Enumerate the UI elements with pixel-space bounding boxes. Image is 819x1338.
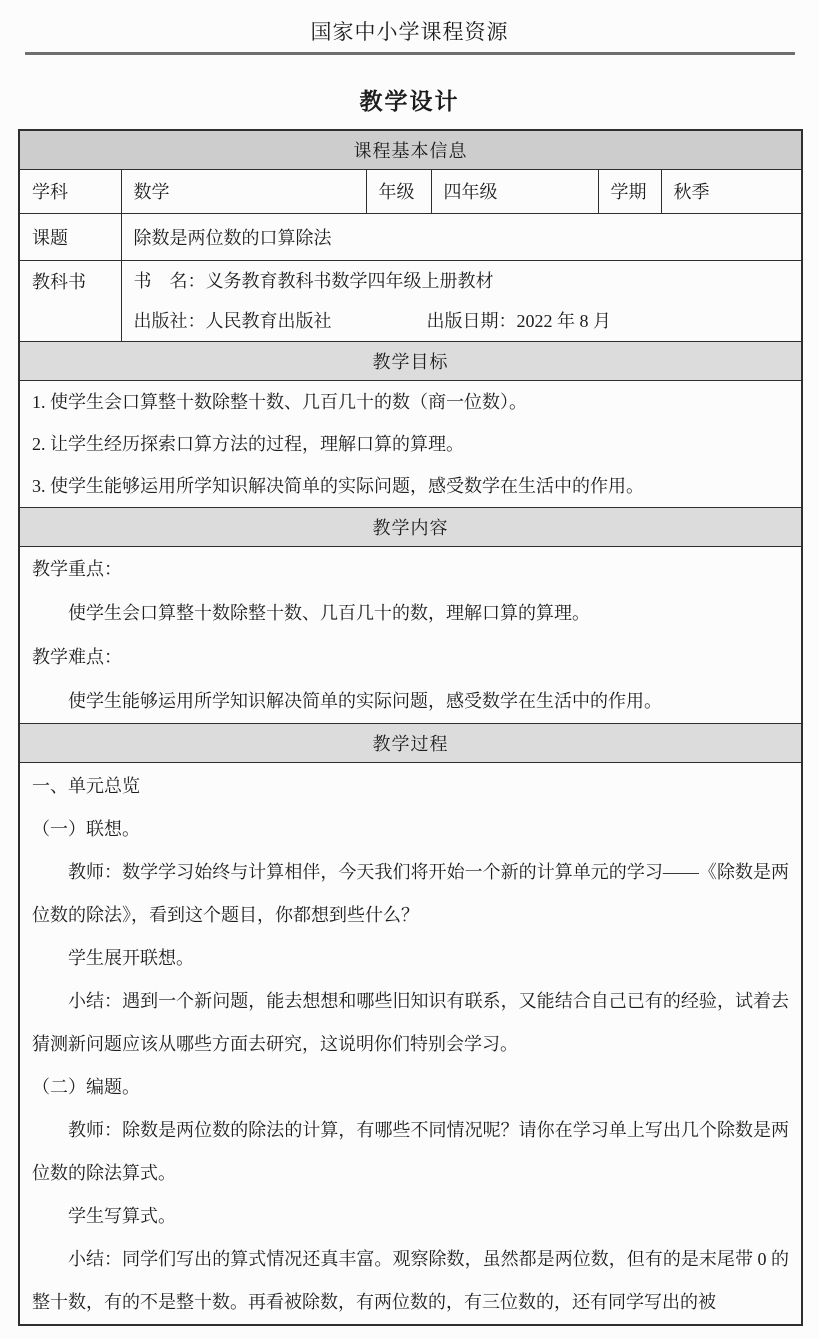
subject-label: 学科 xyxy=(19,169,121,213)
grade-value: 四年级 xyxy=(431,169,598,213)
textbook-name-line: 书 名：义务教育教科书数学四年级上册教材 xyxy=(134,261,790,301)
row-textbook: 教科书 书 名：义务教育教科书数学四年级上册教材 出版社：人民教育出版社出版日期… xyxy=(19,260,802,341)
objective-item: 1. 使学生会口算整十数除整十数、几百几十的数（商一位数）。 xyxy=(32,381,789,423)
textbook-publisher-line: 出版社：人民教育出版社出版日期：2022 年 8 月 xyxy=(134,301,790,341)
objective-item: 2. 让学生经历探索口算方法的过程，理解口算的算理。 xyxy=(32,423,789,465)
objective-item: 3. 使学生能够运用所学知识解决简单的实际问题，感受数学在生活中的作用。 xyxy=(32,465,789,507)
site-header-title: 国家中小学课程资源 xyxy=(0,0,819,47)
section-header-content: 教学内容 xyxy=(19,507,802,546)
process-paragraph: 一、单元总览 xyxy=(32,765,789,808)
content-paragraph: 教学难点： xyxy=(32,635,789,679)
document-page: 国家中小学课程资源 教学设计 课程基本信息 学科 数学 年级 四年级 学期 秋季… xyxy=(0,0,819,1338)
row-content: 教学重点： 使学生会口算整十数除整十数、几百几十的数，理解口算的算理。 教学难点… xyxy=(19,546,802,723)
grade-label: 年级 xyxy=(366,169,431,213)
subject-value: 数学 xyxy=(121,169,366,213)
content-paragraph: 使学生能够运用所学知识解决简单的实际问题，感受数学在生活中的作用。 xyxy=(32,679,789,723)
row-topic: 课题 除数是两位数的口算除法 xyxy=(19,213,802,260)
header-rule xyxy=(25,52,795,55)
row-objectives: 1. 使学生会口算整十数除整十数、几百几十的数（商一位数）。 2. 让学生经历探… xyxy=(19,380,802,507)
row-content-header: 教学内容 xyxy=(19,507,802,546)
process-paragraph: （二）编题。 xyxy=(32,1066,789,1109)
publish-date-text: 出版日期：2022 年 8 月 xyxy=(427,311,612,331)
row-process-header: 教学过程 xyxy=(19,723,802,762)
content-cell: 教学重点： 使学生会口算整十数除整十数、几百几十的数，理解口算的算理。 教学难点… xyxy=(19,546,802,723)
process-paragraph: 小结：遇到一个新问题，能去想想和哪些旧知识有联系，又能结合自己已有的经验，试着去… xyxy=(32,980,789,1066)
row-basic-info-header: 课程基本信息 xyxy=(19,130,802,169)
process-paragraph: 教师：除数是两位数的除法的计算，有哪些不同情况呢？请你在学习单上写出几个除数是两… xyxy=(32,1109,789,1195)
process-paragraph: 学生写算式。 xyxy=(32,1195,789,1238)
process-paragraph: （一）联想。 xyxy=(32,808,789,851)
section-header-objectives: 教学目标 xyxy=(19,341,802,380)
row-objectives-header: 教学目标 xyxy=(19,341,802,380)
content-paragraph: 使学生会口算整十数除整十数、几百几十的数，理解口算的算理。 xyxy=(32,591,789,635)
process-cell: 一、单元总览 （一）联想。 教师：数学学习始终与计算相伴，今天我们将开始一个新的… xyxy=(19,762,802,1325)
term-label: 学期 xyxy=(598,169,661,213)
row-subject-grade-term: 学科 数学 年级 四年级 学期 秋季 xyxy=(19,169,802,213)
objectives-cell: 1. 使学生会口算整十数除整十数、几百几十的数（商一位数）。 2. 让学生经历探… xyxy=(19,380,802,507)
teaching-design-table: 课程基本信息 学科 数学 年级 四年级 学期 秋季 课题 除数是两位数的口算除法… xyxy=(18,129,803,1326)
textbook-label: 教科书 xyxy=(19,260,121,341)
section-header-basic-info: 课程基本信息 xyxy=(19,130,802,169)
row-process: 一、单元总览 （一）联想。 教师：数学学习始终与计算相伴，今天我们将开始一个新的… xyxy=(19,762,802,1325)
textbook-info-cell: 书 名：义务教育教科书数学四年级上册教材 出版社：人民教育出版社出版日期：202… xyxy=(121,260,802,341)
topic-value: 除数是两位数的口算除法 xyxy=(121,213,802,260)
process-paragraph: 学生展开联想。 xyxy=(32,937,789,980)
process-paragraph: 小结：同学们写出的算式情况还真丰富。观察除数，虽然都是两位数，但有的是末尾带 0… xyxy=(32,1238,789,1324)
topic-label: 课题 xyxy=(19,213,121,260)
publisher-text: 出版社：人民教育出版社 xyxy=(134,311,332,331)
process-paragraph: 教师：数学学习始终与计算相伴，今天我们将开始一个新的计算单元的学习——《除数是两… xyxy=(32,851,789,937)
doc-title: 教学设计 xyxy=(0,86,819,117)
content-paragraph: 教学重点： xyxy=(32,547,789,591)
section-header-process: 教学过程 xyxy=(19,723,802,762)
term-value: 秋季 xyxy=(661,169,802,213)
